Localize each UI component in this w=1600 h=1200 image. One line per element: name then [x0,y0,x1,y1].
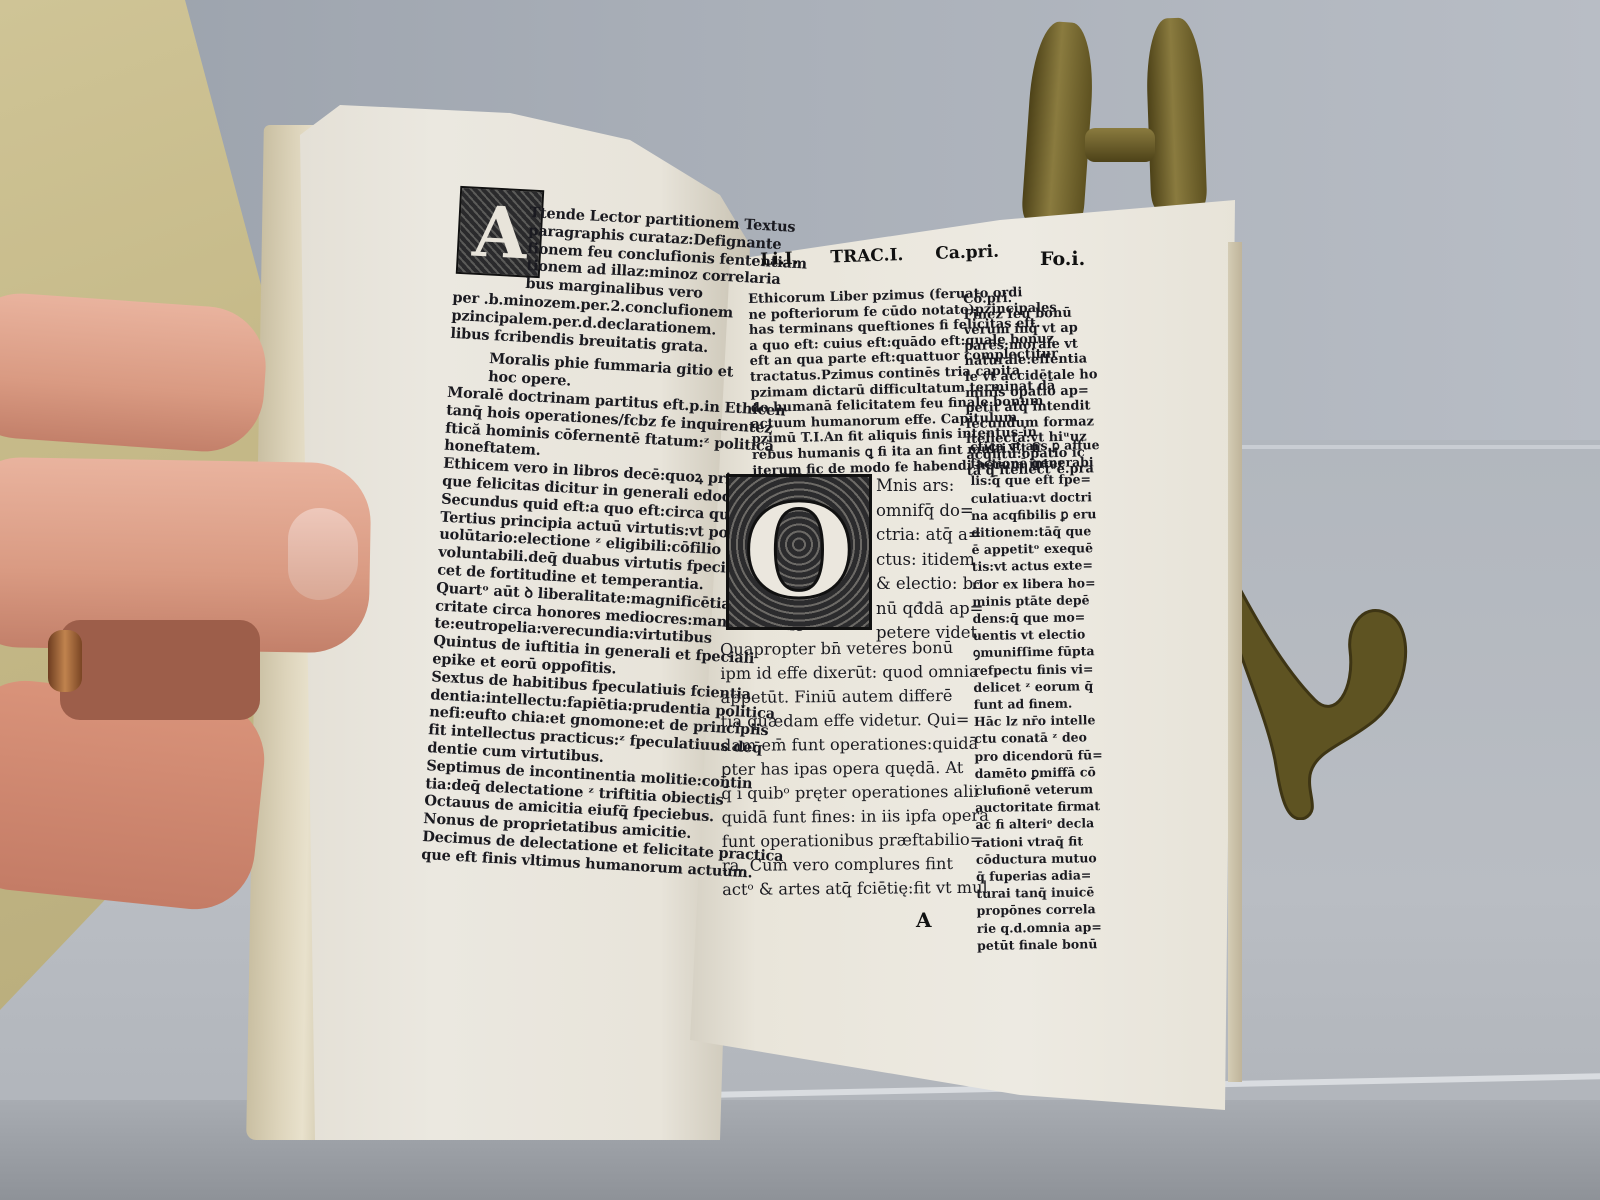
body-line: Quapropter bn̄ veteres bonū [720,636,987,662]
initial-line: Mnis ars: [876,474,984,499]
side-line: damēto ꝑmiffā cō [975,763,1105,782]
thumbnail [288,508,358,600]
running-head-chapter: Ca.pri. [935,242,999,264]
gold-ring [48,630,82,692]
side-line: ctu conatā ᶻ deo [974,729,1104,748]
side-line: turai tanq̄ inuicē [976,883,1106,902]
side-commentary-column: ctica vt ars.ꝑ affue factionē generabi l… [970,436,1107,954]
side-line: refpectu finis vi= [973,660,1103,679]
palm-shadow [60,620,260,720]
side-line: ctica vt ars.ꝑ affue [970,436,1100,455]
initial-line: ctus: itidem [876,548,984,573]
body-line: funt operationibus præftabilio= [722,828,989,854]
side-line: na acqfibilis ꝑ eru [971,505,1101,524]
side-line: dens:q̄ que mo= [972,608,1102,627]
side-line: ac fi alteriᵒ decla [975,815,1105,834]
side-line: propōnes correla [976,901,1106,920]
side-line: auctoritate firmat [975,797,1105,816]
drop-cap-o: O [726,474,872,630]
index-finger [0,290,270,456]
table-ledge [1230,445,1600,449]
body-line: ra. Cum vero complures fint [722,852,989,878]
body-line: ipm id effe dixerūt: quod omnia [720,660,987,686]
initial-line: ctria: atq̄ a= [876,523,984,548]
body-line: q̄ i quibᵒ pręter operationes alii [721,780,988,806]
side-line: culatiua:vt doctri [971,488,1101,507]
folio-number: Fo.i. [1040,248,1085,270]
initial-line: nū qđdā ap= [876,597,984,622]
running-head-tract: TRAC.I. [830,245,904,268]
easel-hinge [1085,128,1155,162]
side-line: Hāc lz nr̄o intelle [974,711,1104,730]
table-front [0,1100,1600,1200]
side-line: tis:vt actus exte= [972,557,1102,576]
body-line: actᵒ & artes atq̄ fciētię:fit vt mul [722,876,989,902]
initial-line: omnifq̄ do= [876,499,984,524]
running-head-book: Li.I. [760,249,799,270]
signature-mark: A [916,908,932,932]
side-line: rationi vtraq̄ fit [976,832,1106,851]
side-line: rior ex libera ho= [972,574,1102,593]
side-line: petūt finale bonū [977,935,1107,954]
right-page-edges [1228,242,1242,1082]
side-line: q̄ fuperias adia= [976,866,1106,885]
side-line: rie q.d.omnia ap= [977,918,1107,937]
side-line: pro dicendorū fū= [974,746,1104,765]
body-line: quidā funt fines: in iis ipfa opera [721,804,988,830]
side-line: lis:q̄ que eft fpe= [970,471,1100,490]
body-line: dam em̄ funt operationes:quidā [721,732,988,758]
side-line: cōductura mutuo [976,849,1106,868]
easel-foot [1225,560,1415,820]
side-line: uentis vt electio [973,625,1103,644]
body-line: appetūt. Finiū autem differē [720,684,987,710]
body-line: ꝑter has ipas opera quędā. At [721,756,988,782]
side-line: clufionē veterum [975,780,1105,799]
side-line: ditionem:tāq̄ que [971,522,1101,541]
initial-text-column: Mnis ars: omnifq̄ do= ctria: atq̄ a= ctu… [876,474,984,646]
side-line: minis ptāte depē [972,591,1102,610]
main-body-text: Quapropter bn̄ veteres bonū ipm id effe … [720,636,990,902]
side-line: delicet ᶻ eorum q̄ [973,677,1103,696]
side-line: funt ad finem. [974,694,1104,713]
side-line: ꝯmunifſime fūpta [973,643,1103,662]
side-line: factionē generabi [970,453,1100,472]
side-line: ē appetitᵒ exequē [971,539,1101,558]
body-line: tia quædam effe videtur. Qui= [721,708,988,734]
initial-line: & electio: bo [876,572,984,597]
